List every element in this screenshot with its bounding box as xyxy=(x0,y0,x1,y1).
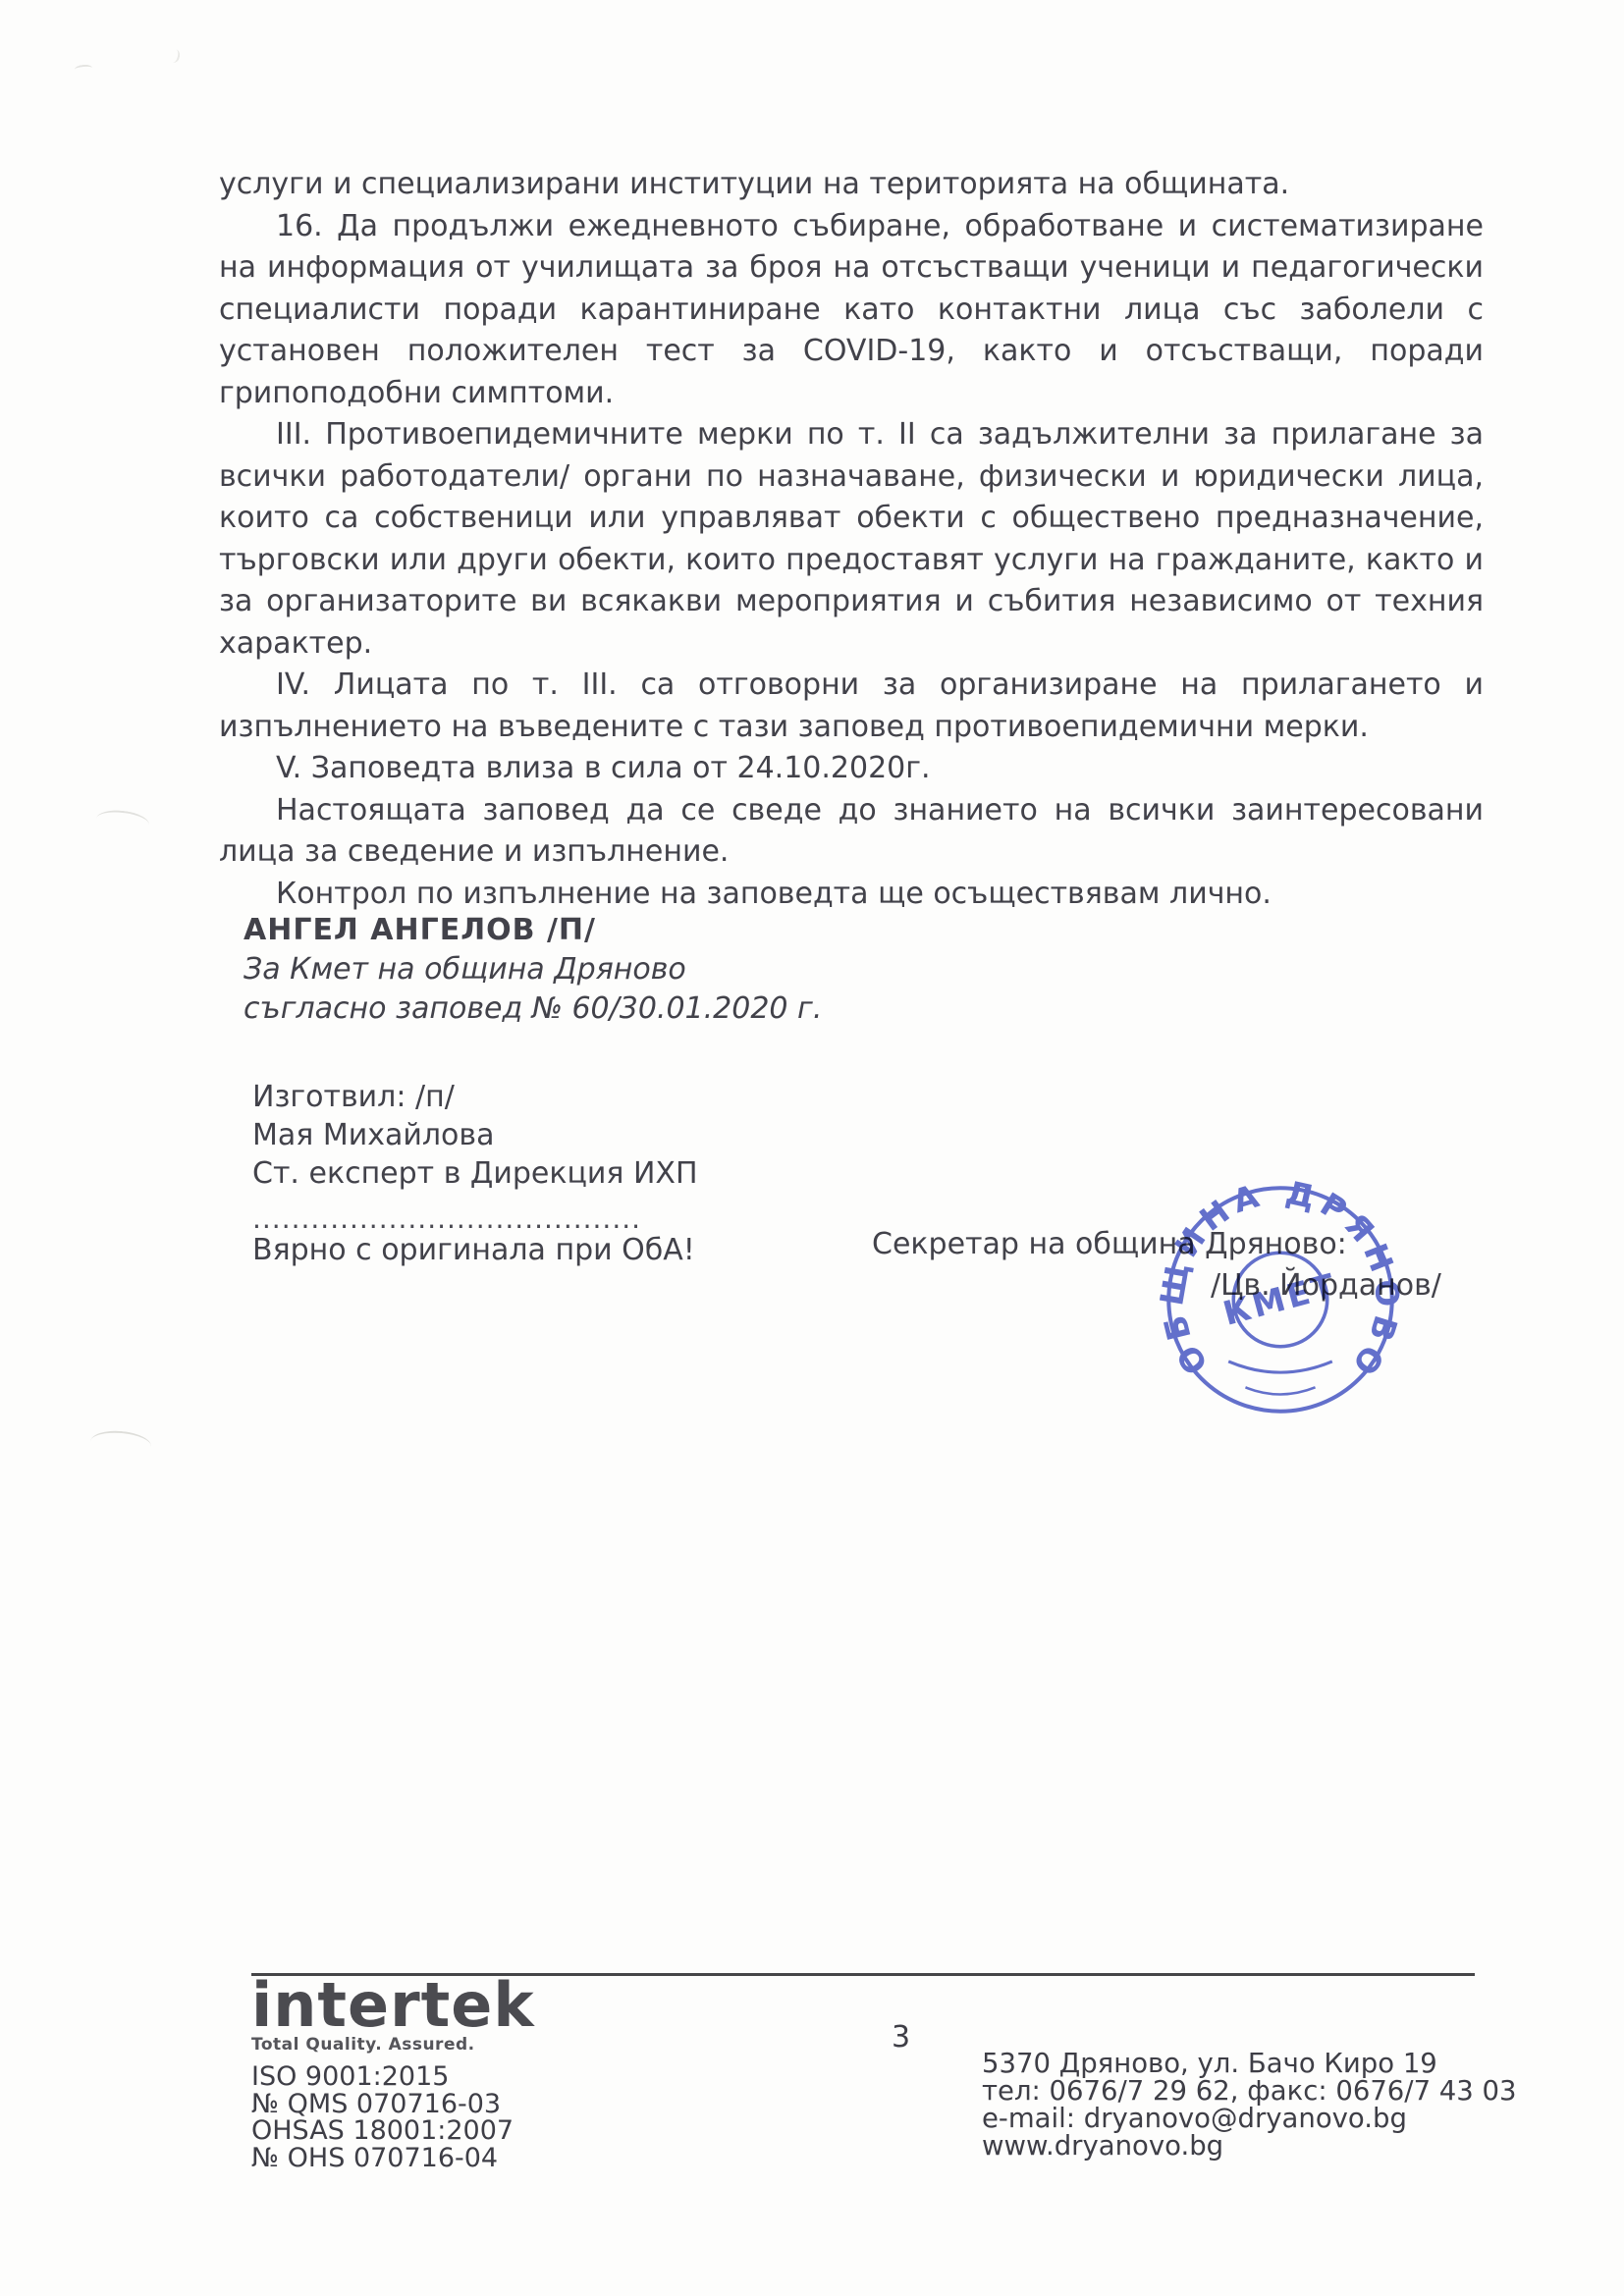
paragraph-continuation: услуги и специализирани институции на те… xyxy=(219,164,1484,206)
stamp-arc-line xyxy=(1245,1387,1315,1394)
certification-list: ISO 9001:2015 № QMS 070716-03 OHSAS 1800… xyxy=(251,2063,535,2171)
contact-email: e-mail: dryanovo@dryanovo.bg xyxy=(982,2105,1517,2132)
stamp-center-text: КМЕТ xyxy=(1219,1265,1342,1332)
certified-copy-note: Вярно с оригинала при ОбА! xyxy=(252,1231,698,1269)
pencil-mark xyxy=(167,48,181,64)
stamp-arc-line xyxy=(1228,1362,1332,1372)
document-page: услуги и специализирани институции на те… xyxy=(0,0,1624,2296)
prepared-by-block: Изготвил: /п/ Мая Михайлова Ст. експерт … xyxy=(252,1078,698,1269)
pencil-mark xyxy=(75,64,93,74)
preparer-name: Мая Михайлова xyxy=(252,1116,698,1154)
certification-line: № QMS 070716-03 xyxy=(251,2091,535,2118)
signatory-order-reference: съгласно заповед № 60/30.01.2020 г. xyxy=(244,989,822,1029)
pencil-arc-mark xyxy=(89,1428,152,1459)
certification-line: № OHS 070716-04 xyxy=(251,2145,535,2172)
contact-address: 5370 Дряново, ул. Бачо Киро 19 xyxy=(982,2050,1517,2077)
pencil-arc-mark xyxy=(95,808,150,835)
certification-line: ISO 9001:2015 xyxy=(251,2063,535,2091)
paragraph-notice: Настоящата заповед да се сведе до знание… xyxy=(219,790,1484,874)
dotted-signature-line: ........................................… xyxy=(252,1200,643,1231)
prepared-by-label: Изготвил: /п/ xyxy=(252,1078,698,1116)
paragraph-item-16: 16. Да продължи ежедневното събиране, об… xyxy=(219,206,1484,415)
signature-block: АНГЕЛ АНГЕЛОВ /П/ За Кмет на община Дрян… xyxy=(244,911,822,1029)
paragraph-section-iii: III. Противоепидемичните мерки по т. II … xyxy=(219,414,1484,665)
certification-line: OHSAS 18001:2007 xyxy=(251,2117,535,2145)
contact-website: www.dryanovo.bg xyxy=(982,2132,1517,2160)
paragraph-control: Контрол по изпълнение на заповедта ще ос… xyxy=(219,874,1484,916)
intertek-certification-block: intertek Total Quality. Assured. ISO 900… xyxy=(251,1977,535,2171)
municipality-round-stamp: ОБЩИНА ДРЯНОВО КМЕТ xyxy=(1151,1170,1410,1429)
intertek-logo: intertek xyxy=(251,1977,535,2034)
contact-phone-fax: тел: 0676/7 29 62, факс: 0676/7 43 03 xyxy=(982,2077,1517,2105)
paragraph-section-v: V. Заповедта влиза в сила от 24.10.2020г… xyxy=(219,748,1484,790)
order-body-text: услуги и специализирани институции на те… xyxy=(219,164,1484,915)
page-number: 3 xyxy=(892,2020,910,2055)
preparer-title: Ст. експерт в Дирекция ИХП xyxy=(252,1154,698,1193)
signatory-role: За Кмет на община Дряново xyxy=(244,950,822,989)
paragraph-section-iv: IV. Лицата по т. III. са отговорни за ор… xyxy=(219,665,1484,748)
municipality-contact-block: 5370 Дряново, ул. Бачо Киро 19 тел: 0676… xyxy=(982,2050,1517,2160)
signatory-name: АНГЕЛ АНГЕЛОВ /П/ xyxy=(244,911,822,950)
